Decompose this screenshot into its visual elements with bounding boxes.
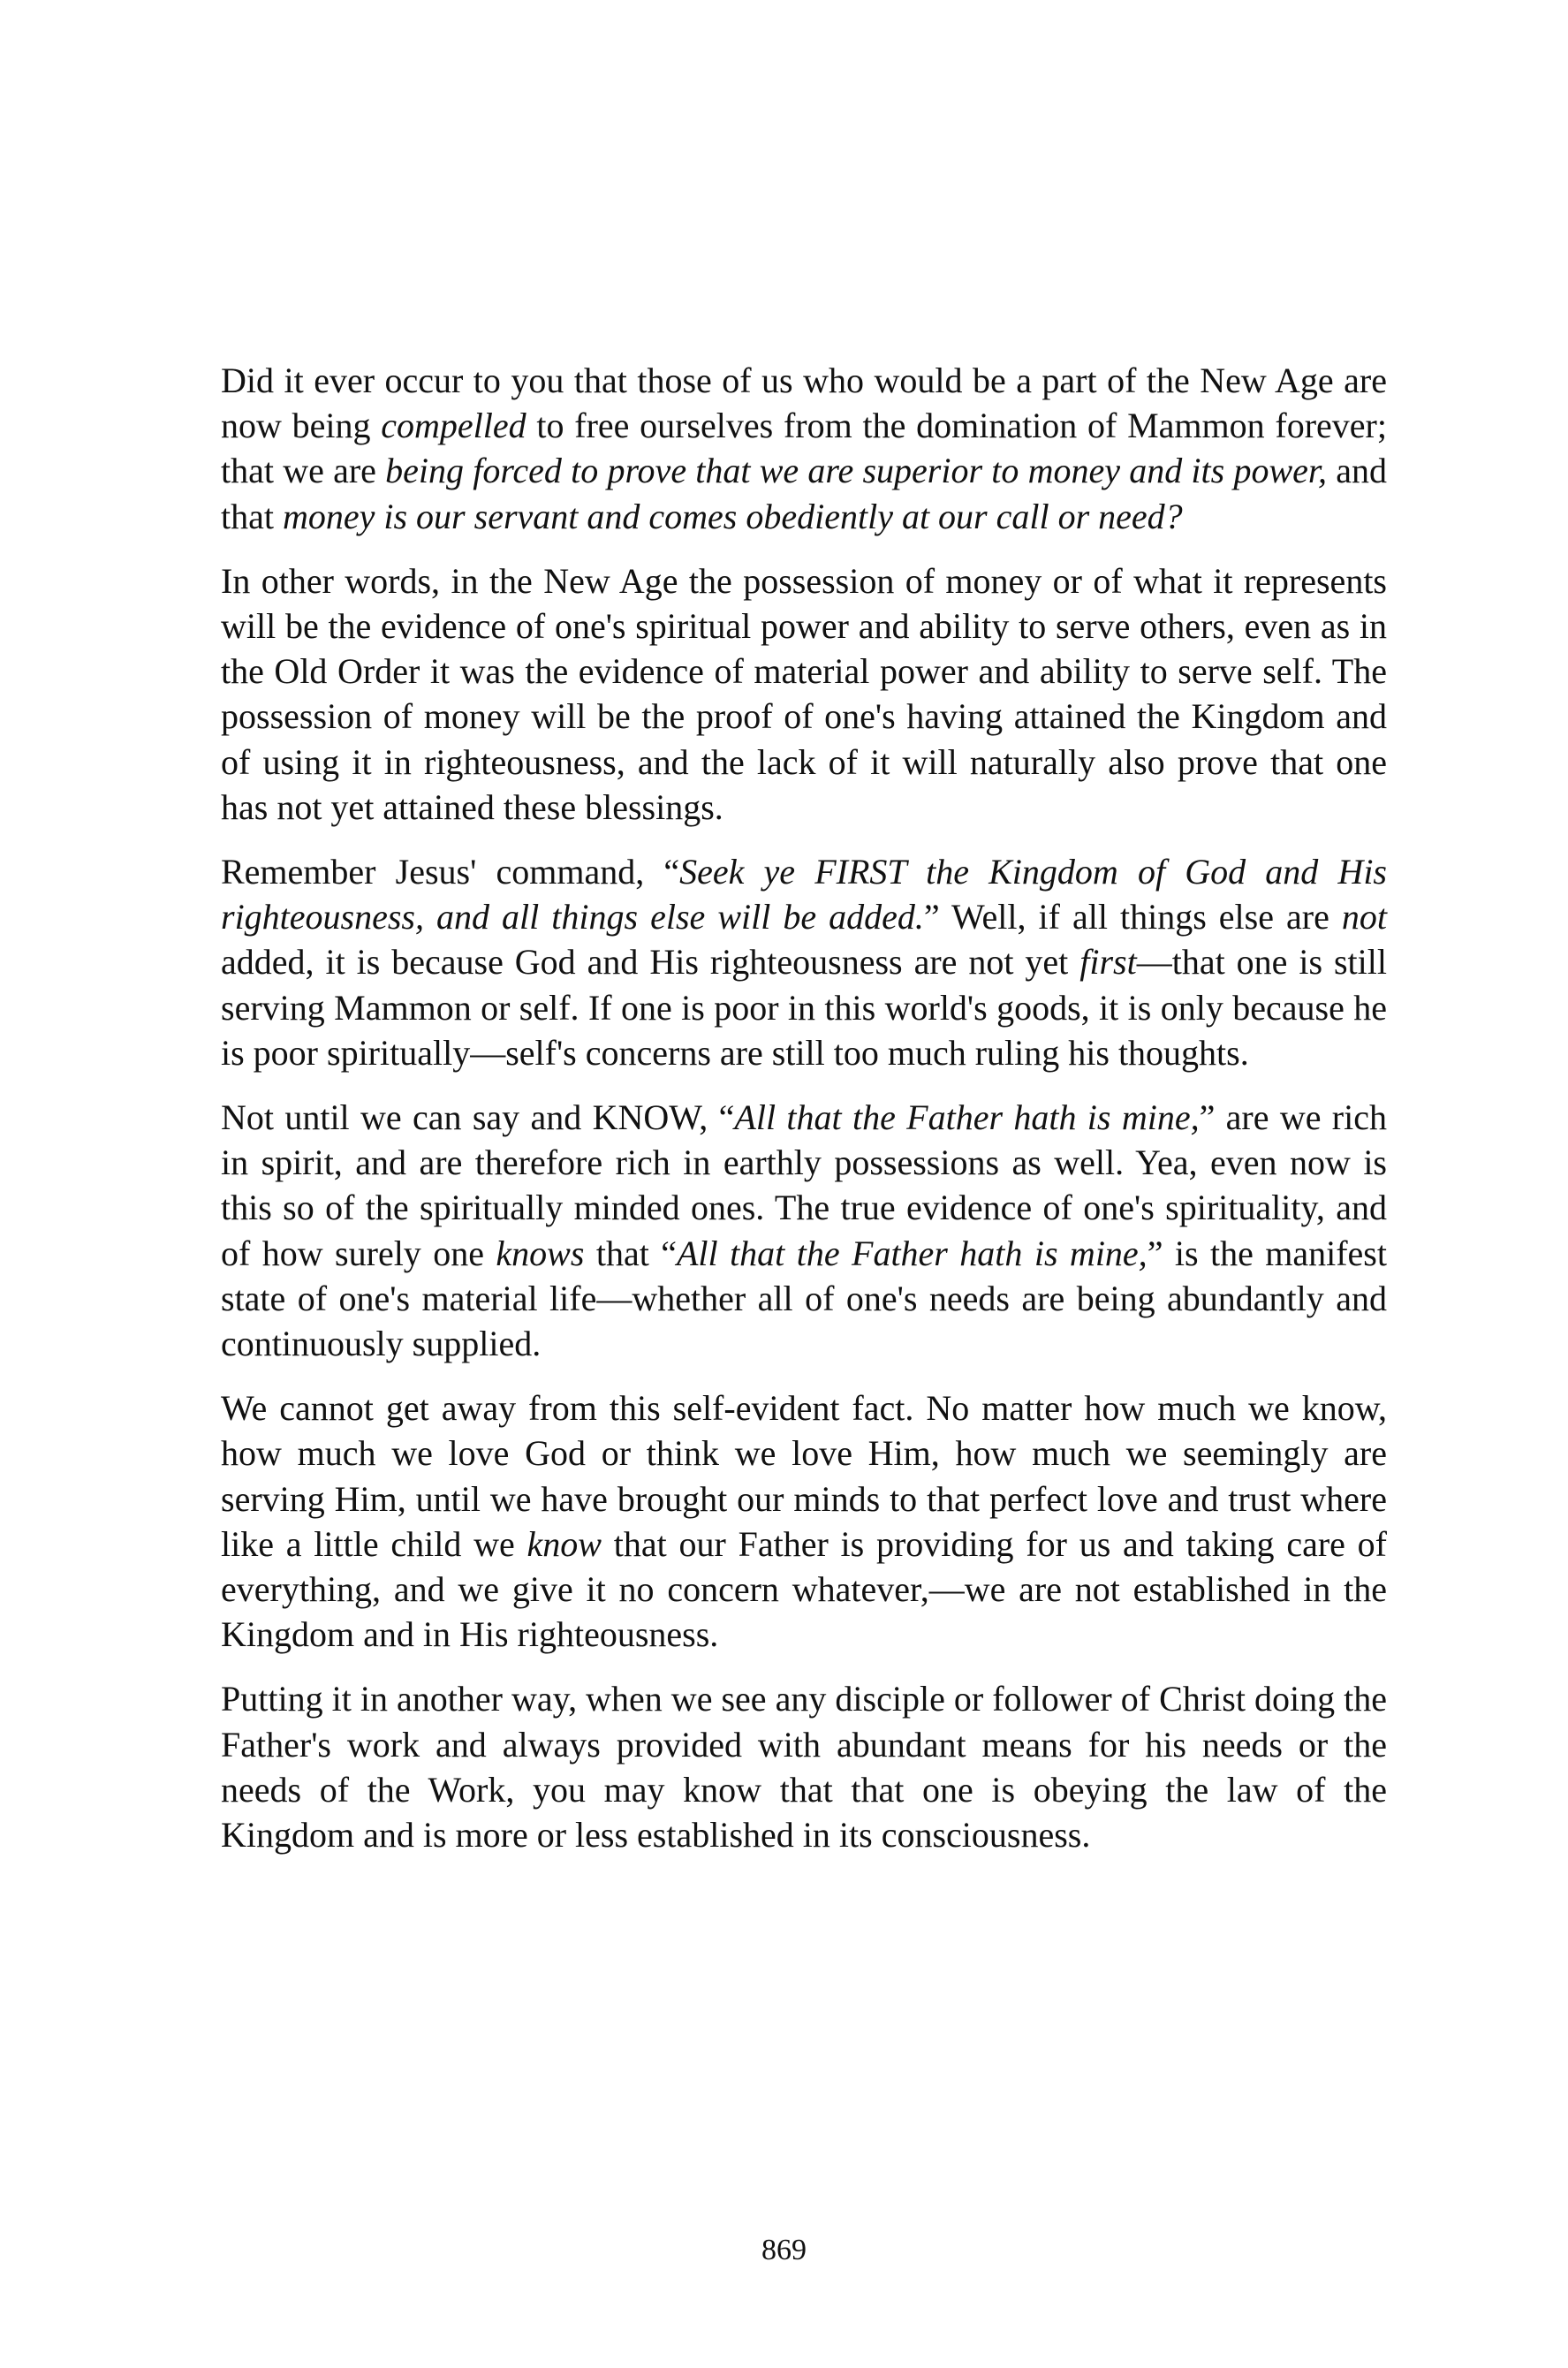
italic-text: being forced to prove that we are superi… — [385, 451, 1327, 490]
text-segment: Not until we can say and KNOW, “ — [221, 1097, 734, 1137]
text-segment: that “ — [584, 1233, 677, 1273]
text-segment: Putting it in another way, when we see a… — [221, 1679, 1387, 1855]
text-segment: ” Well, if all things else are — [924, 897, 1342, 937]
italic-text: knows — [496, 1233, 584, 1273]
italic-text: know — [527, 1524, 602, 1564]
italic-text: first — [1079, 942, 1136, 982]
paragraph: In other words, in the New Age the posse… — [221, 558, 1387, 830]
paragraph: Did it ever occur to you that those of u… — [221, 358, 1387, 539]
italic-text: compelled — [381, 406, 526, 445]
page-number: 869 — [0, 2234, 1568, 2267]
italic-text: All that the Father hath is mine, — [734, 1097, 1199, 1137]
page-body: Did it ever occur to you that those of u… — [221, 358, 1387, 1877]
paragraph: Putting it in another way, when we see a… — [221, 1676, 1387, 1857]
text-segment: In other words, in the New Age the posse… — [221, 561, 1387, 827]
paragraph: We cannot get away from this self-eviden… — [221, 1385, 1387, 1657]
paragraph: Not until we can say and KNOW, “All that… — [221, 1095, 1387, 1366]
italic-text: All that the Father hath is mine, — [677, 1233, 1148, 1273]
text-segment: Remember Jesus' command, “ — [221, 852, 679, 892]
text-segment: added, it is because God and His righteo… — [221, 942, 1079, 982]
italic-text: not — [1342, 897, 1387, 937]
paragraph: Remember Jesus' command, “Seek ye FIRST … — [221, 849, 1387, 1075]
italic-text: money is our servant and comes obedientl… — [283, 497, 1183, 536]
